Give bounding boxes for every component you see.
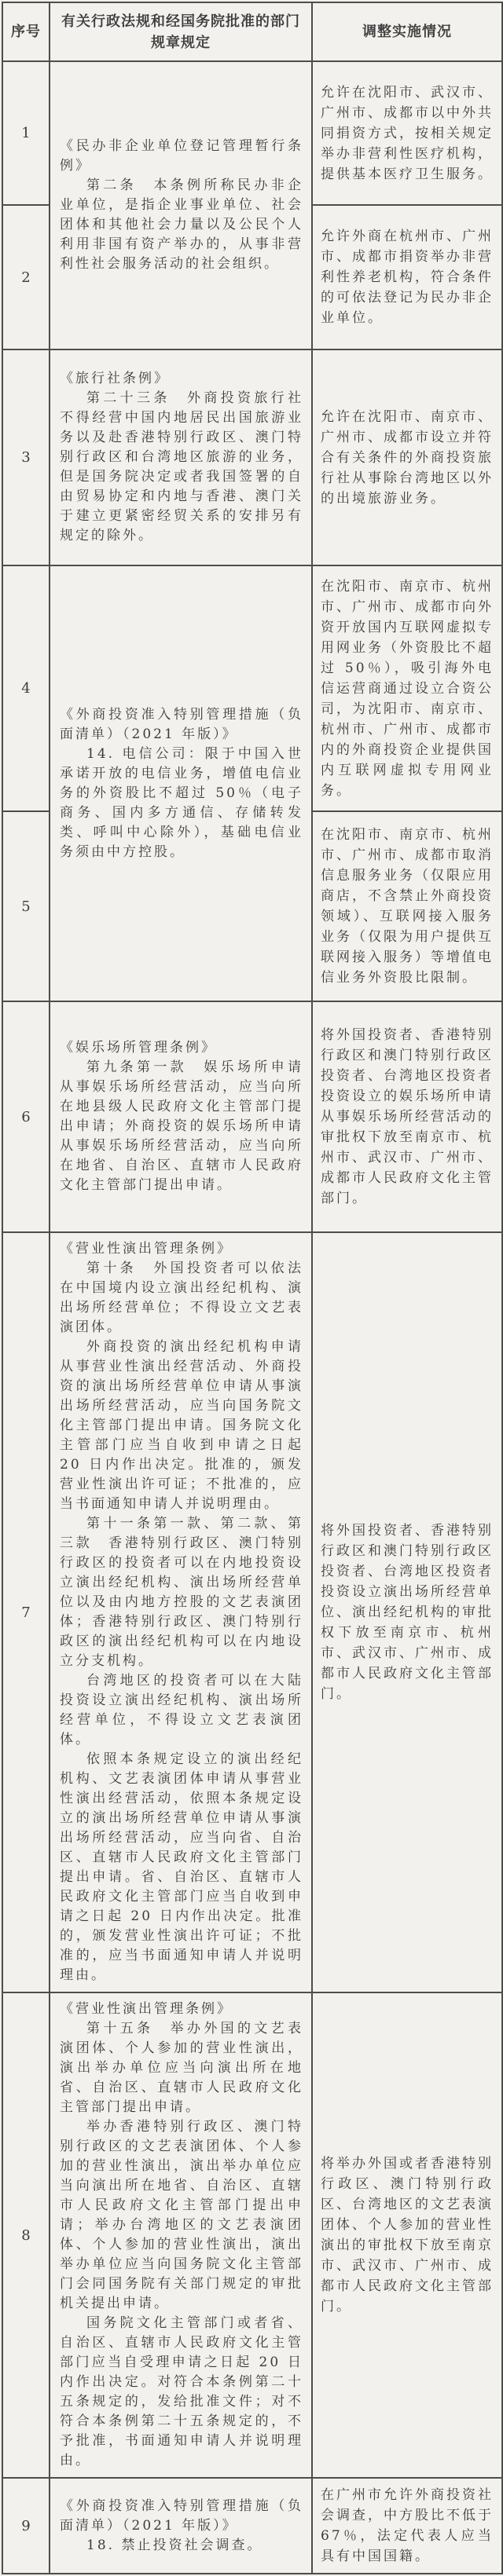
regulation-paragraph: 台湾地区的投资者可以在大陆投资设立演出经纪机构、演出场所经营单位，不得设立文艺表… xyxy=(60,1671,303,1750)
col-header-regulation: 有关行政法规和经国务院批准的部门规章规定 xyxy=(50,2,312,61)
table-row-1: 1 《民办非企业单位登记管理暂行条例》 第二条 本条例所称民办非企业单位，是指企… xyxy=(2,61,502,205)
regulation-title: 《民办非企业单位登记管理暂行条例》 xyxy=(60,137,303,176)
regulation-title: 《娱乐场所管理条例》 xyxy=(60,1038,303,1058)
row-3-number: 3 xyxy=(2,349,50,565)
row-1-implementation: 允许在沈阳市、武汉市、广州市、成都市以中外共同捐资方式，按相关规定举办非营利性医… xyxy=(312,61,502,205)
regulation-paragraph: 第九条第一款 娱乐场所申请从事娱乐场所经营活动，应当向所在地县级人民政府文化主管… xyxy=(60,1058,303,1195)
regulation-paragraph: 14. 电信公司：限于中国入世承诺开放的电信业务，增值电信业务的外资股比不超过 … xyxy=(60,745,303,862)
row-8-number: 8 xyxy=(2,1992,50,2478)
row-5-number: 5 xyxy=(2,811,50,1001)
regulation-cell-row-7: 《营业性演出管理条例》 第十条 外国投资者可以依法在中国境内设立演出经纪机构、演… xyxy=(50,1232,312,1992)
regulation-cell-row-8: 《营业性演出管理条例》 第十五条 举办外国的文艺表演团体、个人参加的营业性演出，… xyxy=(50,1992,312,2478)
regulation-cell-row-6: 《娱乐场所管理条例》 第九条第一款 娱乐场所申请从事娱乐场所经营活动，应当向所在… xyxy=(50,1001,312,1232)
row-9-implementation: 在广州市允许外商投资社会调查，中方股比不低于 67％，法定代表人应当具有中国国籍… xyxy=(312,2478,502,2574)
row-5-implementation: 在沈阳市、南京市、杭州市、广州市、成都市取消信息服务业务（仅限应用商店，不含禁止… xyxy=(312,811,502,1001)
table-row-9: 9 《外商投资准入特别管理措施（负面清单）（2021 年版）》 18. 禁止投资… xyxy=(2,2478,502,2574)
row-1-number: 1 xyxy=(2,61,50,205)
col-header-no: 序号 xyxy=(2,2,50,61)
regulation-paragraph: 第二十三条 外商投资旅行社不得经营中国内地居民出国旅游业务以及赴香港特别行政区、… xyxy=(60,389,303,546)
implementation-text: 允许在沈阳市、武汉市、广州市、成都市以中外共同捐资方式，按相关规定举办非营利性医… xyxy=(321,82,494,185)
col-header-implementation: 调整实施情况 xyxy=(312,2,502,61)
row-6-number: 6 xyxy=(2,1001,50,1232)
regulation-title: 《营业性演出管理条例》 xyxy=(60,2000,303,2019)
implementation-text: 在广州市允许外商投资社会调查，中方股比不低于 67％，法定代表人应当具有中国国籍… xyxy=(321,2485,494,2567)
row-2-number: 2 xyxy=(2,205,50,349)
regulation-paragraph: 依照本条规定设立的演出经纪机构、文艺表演团体申请从事营业性演出经营活动，依照本条… xyxy=(60,1750,303,1985)
regulation-cell-rows-1-2: 《民办非企业单位登记管理暂行条例》 第二条 本条例所称民办非企业单位，是指企业事… xyxy=(50,61,312,349)
row-9-number: 9 xyxy=(2,2478,50,2574)
regulation-paragraph: 外商投资的演出经纪机构申请从事营业性演出经营活动、外商投资的演出场所经营单位申请… xyxy=(60,1337,303,1514)
table-row-7: 7 《营业性演出管理条例》 第十条 外国投资者可以依法在中国境内设立演出经纪机构… xyxy=(2,1232,502,1992)
header-row: 序号 有关行政法规和经国务院批准的部门规章规定 调整实施情况 xyxy=(2,2,502,61)
row-7-implementation: 将外国投资者、香港特别行政区和澳门特别行政区投资者、台湾地区投资者投资设立演出场… xyxy=(312,1232,502,1992)
regulation-paragraph: 举办香港特别行政区、澳门特别行政区的文艺表演团体、个人参加的营业性演出，演出举办… xyxy=(60,2117,303,2314)
implementation-text: 将外国投资者、香港特别行政区和澳门特别行政区投资者、台湾地区投资者投资设立演出场… xyxy=(321,1520,494,1704)
table-row-8: 8 《营业性演出管理条例》 第十五条 举办外国的文艺表演团体、个人参加的营业性演… xyxy=(2,1992,502,2478)
scanned-document-page: 序号 有关行政法规和经国务院批准的部门规章规定 调整实施情况 1 《民办非企业单… xyxy=(0,0,503,2576)
row-2-implementation: 允许外商在杭州市、广州市、成都市捐资举办非营利性养老机构，符合条件的可依法登记为… xyxy=(312,205,502,349)
row-6-implementation: 将外国投资者、香港特别行政区和澳门特别行政区投资者、台湾地区投资者投资设立的娱乐… xyxy=(312,1001,502,1232)
row-8-implementation: 将举办外国或者香港特别行政区、澳门特别行政区、台湾地区的文艺表演团体、个人参加的… xyxy=(312,1992,502,2478)
row-3-implementation: 允许在沈阳市、南京市、广州市、成都市设立并符合有关条件的外商投资旅行社从事除台湾… xyxy=(312,349,502,565)
row-7-number: 7 xyxy=(2,1232,50,1992)
row-4-implementation: 在沈阳市、南京市、杭州市、广州市、成都市向外资开放国内互联网虚拟专用网业务（外资… xyxy=(312,565,502,811)
implementation-text: 允许在沈阳市、南京市、广州市、成都市设立并符合有关条件的外商投资旅行社从事除台湾… xyxy=(321,407,494,509)
implementation-text: 在沈阳市、南京市、杭州市、广州市、成都市向外资开放国内互联网虚拟专用网业务（外资… xyxy=(321,576,494,801)
regulation-paragraph: 第十条 外国投资者可以依法在中国境内设立演出经纪机构、演出场所经营单位；不得设立… xyxy=(60,1259,303,1337)
regulation-cell-row-3: 《旅行社条例》 第二十三条 外商投资旅行社不得经营中国内地居民出国旅游业务以及赴… xyxy=(50,349,312,565)
regulations-table: 序号 有关行政法规和经国务院批准的部门规章规定 调整实施情况 1 《民办非企业单… xyxy=(2,2,503,2574)
regulation-cell-row-9: 《外商投资准入特别管理措施（负面清单）（2021 年版）》 18. 禁止投资社会… xyxy=(50,2478,312,2574)
regulation-paragraph: 18. 禁止投资社会调查。 xyxy=(60,2536,303,2556)
regulation-title: 《外商投资准入特别管理措施（负面清单）（2021 年版）》 xyxy=(60,705,303,745)
row-4-number: 4 xyxy=(2,565,50,811)
regulation-cell-rows-4-5: 《外商投资准入特别管理措施（负面清单）（2021 年版）》 14. 电信公司：限… xyxy=(50,565,312,1001)
regulation-title: 《营业性演出管理条例》 xyxy=(60,1239,303,1259)
regulation-paragraph: 国务院文化主管部门或者省、自治区、直辖市人民政府文化主管部门应当自受理申请之日起… xyxy=(60,2314,303,2471)
table-row-3: 3 《旅行社条例》 第二十三条 外商投资旅行社不得经营中国内地居民出国旅游业务以… xyxy=(2,349,502,565)
regulation-paragraph: 第十五条 举办外国的文艺表演团体、个人参加的营业性演出，演出举办单位应当向演出所… xyxy=(60,2019,303,2117)
regulation-title: 《外商投资准入特别管理措施（负面清单）（2021 年版）》 xyxy=(60,2497,303,2536)
implementation-text: 允许外商在杭州市、广州市、成都市捐资举办非营利性养老机构，符合条件的可依法登记为… xyxy=(321,226,494,328)
regulation-title: 《旅行社条例》 xyxy=(60,369,303,389)
table-row-4: 4 《外商投资准入特别管理措施（负面清单）（2021 年版）》 14. 电信公司… xyxy=(2,565,502,811)
implementation-text: 将举办外国或者香港特别行政区、澳门特别行政区、台湾地区的文艺表演团体、个人参加的… xyxy=(321,2153,494,2317)
implementation-text: 在沈阳市、南京市、杭州市、广州市、成都市取消信息服务业务（仅限应用商店，不含禁止… xyxy=(321,825,494,988)
table-row-6: 6 《娱乐场所管理条例》 第九条第一款 娱乐场所申请从事娱乐场所经营活动，应当向… xyxy=(2,1001,502,1232)
implementation-text: 将外国投资者、香港特别行政区和澳门特别行政区投资者、台湾地区投资者投资设立的娱乐… xyxy=(321,1025,494,1209)
regulation-paragraph: 第二条 本条例所称民办非企业单位，是指企业事业单位、社会团体和其他社会力量以及公… xyxy=(60,176,303,274)
regulation-paragraph: 第十一条第一款、第二款、第三款 香港特别行政区、澳门特别行政区的投资者可以在内地… xyxy=(60,1514,303,1671)
